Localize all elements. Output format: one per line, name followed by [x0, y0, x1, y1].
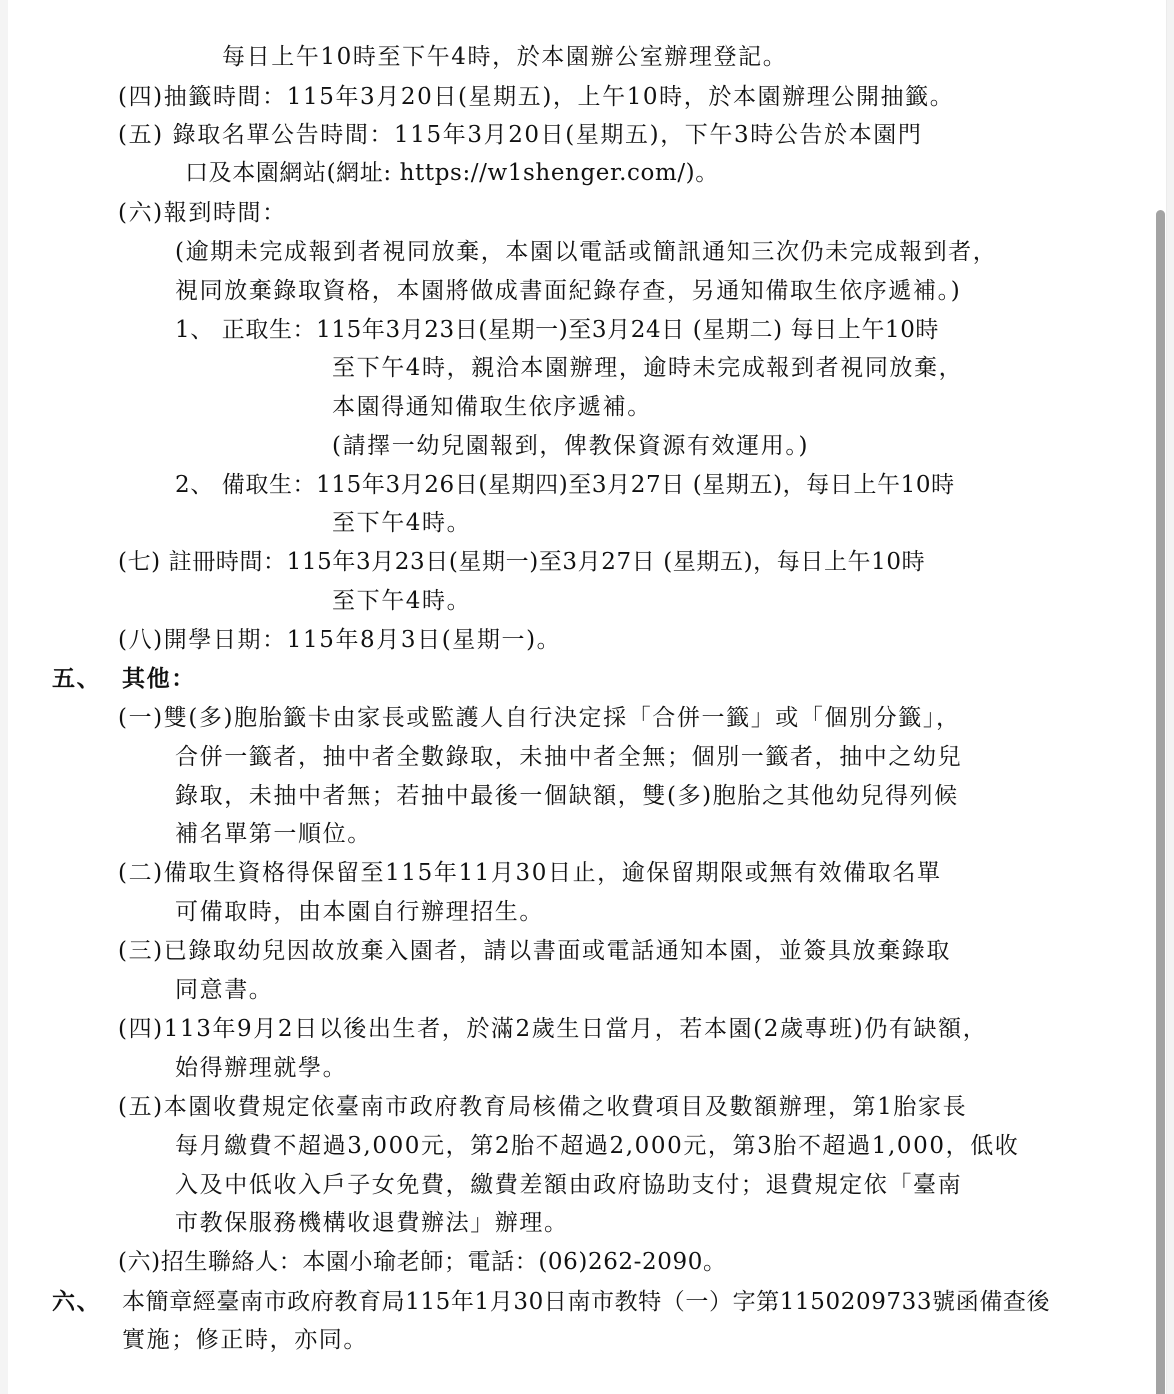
- report-note-line-1: (逾期未完成報到者視同放棄，本園以電話或簡訊通知三次仍未完成報到者，: [175, 236, 997, 268]
- other-item-3-line-1: (三)已錄取幼兒因故放棄入園者，請以書面或電話通知本園，並簽具放棄錄取: [118, 935, 951, 967]
- other-item-1-line-2: 合併一籤者，抽中者全數錄取，未抽中者全無；個別一籤者，抽中之幼兒: [175, 741, 962, 773]
- section-five-number: 五、: [52, 663, 101, 695]
- website-line: 口及本園網站(網址: https://w1shenger.com/)。: [185, 157, 719, 189]
- other-item-2-line-2: 可備取時，由本園自行辦理招生。: [175, 896, 544, 928]
- item-lottery-time: (四)抽籤時間：115年3月20日(星期五)，上午10時，於本園辦理公開抽籤。: [118, 81, 954, 113]
- report-note-line-2: 視同放棄錄取資格，本園將做成書面紀錄存查，另通知備取生依序遞補。): [175, 275, 961, 307]
- section-six-line-2: 實施；修正時，亦同。: [122, 1324, 368, 1356]
- scrollbar-track[interactable]: [1166, 0, 1174, 1394]
- item-admission-list-announcement: (五) 錄取名單公告時間：115年3月20日(星期五)，下午3時公告於本園門: [118, 119, 922, 151]
- other-item-4-line-2: 始得辦理就學。: [175, 1052, 347, 1084]
- document-page: 每日上午10時至下午4時，於本園辦公室辦理登記。 (四)抽籤時間：115年3月2…: [0, 0, 1150, 1394]
- registration-time-cont: 至下午4時。: [332, 585, 471, 617]
- other-item-2-line-1: (二)備取生資格得保留至115年11月30日止，逾保留期限或無有效備取名單: [118, 857, 942, 889]
- section-six-line-1: 本簡章經臺南市政府教育局115年1月30日南市教特（一）字第1150209733…: [122, 1286, 1050, 1318]
- other-item-1-line-1: (一)雙(多)胞胎籤卡由家長或監護人自行決定採「合併一籤」或「個別分籤」，: [118, 702, 961, 734]
- section-five-title: 其他：: [122, 663, 196, 695]
- other-item-5-line-2: 每月繳費不超過3,000元，第2胎不超過2,000元，第3胎不超過1,000，低…: [175, 1130, 1019, 1162]
- regular-admission-cont-1: 至下午4時，親洽本園辦理，逾時未完成報到者視同放棄，: [332, 352, 963, 384]
- other-item-5-line-3: 入及中低收入戶子女免費，繳費差額由政府協助支付；退費規定依「臺南: [175, 1169, 962, 1201]
- other-item-1-line-4: 補名單第一順位。: [175, 818, 372, 850]
- other-item-4-line-1: (四)113年9月2日以後出生者，於滿2歲生日當月，若本園(2歲專班)仍有缺額，: [118, 1013, 987, 1045]
- other-item-6-contact: (六)招生聯絡人：本園小瑜老師；電話：(06)262-2090。: [118, 1246, 727, 1278]
- waitlist-admission-cont: 至下午4時。: [332, 507, 471, 539]
- other-item-5-line-4: 市教保服務機構收退費辦法」辦理。: [175, 1207, 569, 1239]
- other-item-5-line-1: (五)本園收費規定依臺南市政府教育局核備之收費項目及數額辦理，第1胎家長: [118, 1091, 967, 1123]
- regular-admission-cont-2: 本園得通知備取生依序遞補。: [332, 391, 652, 423]
- other-item-1-line-3: 錄取，未抽中者無；若抽中最後一個缺額，雙(多)胞胎之其他幼兒得列候: [175, 780, 959, 812]
- regular-admission-line: 1、 正取生：115年3月23日(星期一)至3月24日 (星期二) 每日上午10…: [175, 314, 939, 346]
- waitlist-admission-line: 2、 備取生：115年3月26日(星期四)至3月27日 (星期五)，每日上午10…: [175, 469, 955, 501]
- section-six-number: 六、: [52, 1286, 101, 1318]
- item-report-time: (六)報到時間：: [118, 197, 287, 229]
- item-registration-time: (七) 註冊時間：115年3月23日(星期一)至3月27日 (星期五)，每日上午…: [118, 546, 925, 578]
- item-school-start-date: (八)開學日期：115年8月3日(星期一)。: [118, 624, 561, 656]
- registration-hours-line: 每日上午10時至下午4時，於本園辦公室辦理登記。: [222, 41, 787, 73]
- other-item-3-line-2: 同意書。: [175, 974, 273, 1006]
- regular-admission-note: (請擇一幼兒園報到，俾教保資源有效運用。): [332, 430, 809, 462]
- scrollbar-thumb[interactable]: [1156, 210, 1165, 1394]
